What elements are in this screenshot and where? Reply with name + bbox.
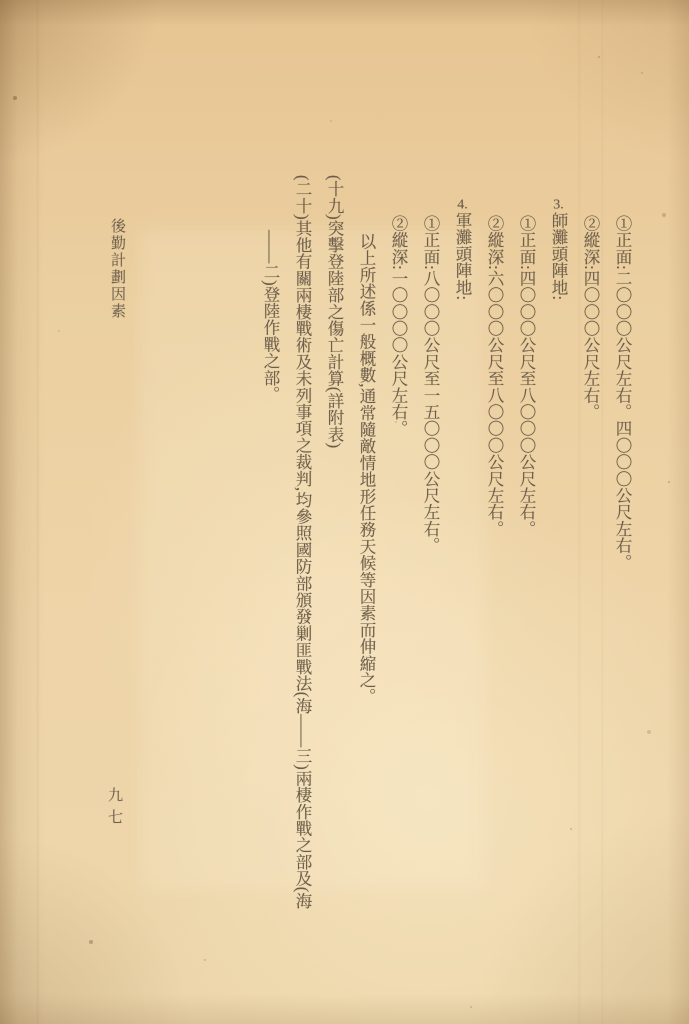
paper-specks [0, 0, 2, 2]
text-column-2: ②縱深:四〇〇〇公尺左右。 [574, 175, 606, 1024]
page-number: 九七 [104, 787, 125, 831]
margin-title: 後勤計劃因素 [107, 218, 128, 320]
text-columns: ①正面:二〇〇〇公尺左右。四〇〇〇公尺左右。②縱深:四〇〇〇公尺左右。3.師灘頭… [254, 175, 638, 1024]
text-column-10: (十九)突擊登陸部之傷亡計算(詳附表) [318, 175, 350, 1024]
text-column-5: ②縱深:六〇〇〇公尺至八〇〇〇公尺左右。 [478, 175, 510, 1024]
text-column-7: ①正面:八〇〇〇公尺至一五〇〇〇公尺左右。 [414, 175, 446, 1024]
text-column-8: ②縱深:一〇〇〇〇公尺左右。 [382, 175, 414, 1024]
text-column-12: ——二)登陸作戰之部。 [254, 175, 286, 1024]
section-number: 3. [551, 198, 566, 212]
text-column-3: 3.師灘頭陣地: [542, 175, 574, 1024]
section-number: 4. [455, 198, 470, 212]
scanned-document-page: ①正面:二〇〇〇公尺左右。四〇〇〇公尺左右。②縱深:四〇〇〇公尺左右。3.師灘頭… [0, 0, 689, 1024]
text-column-4: ①正面:四〇〇〇公尺至八〇〇〇公尺左右。 [510, 175, 542, 1024]
text-column-6: 4.軍灘頭陣地: [446, 175, 478, 1024]
text-column-9: 以上所述係一般概數,通常隨敵情地形任務天候等因素而伸縮之。 [350, 175, 382, 1024]
text-column-11: (二十)其他有關兩棲戰術及未列事項之裁判,均參照國防部頒發剿匪戰法(海——三)兩… [286, 175, 318, 1024]
text-column-1: ①正面:二〇〇〇公尺左右。四〇〇〇公尺左右。 [606, 175, 638, 1024]
